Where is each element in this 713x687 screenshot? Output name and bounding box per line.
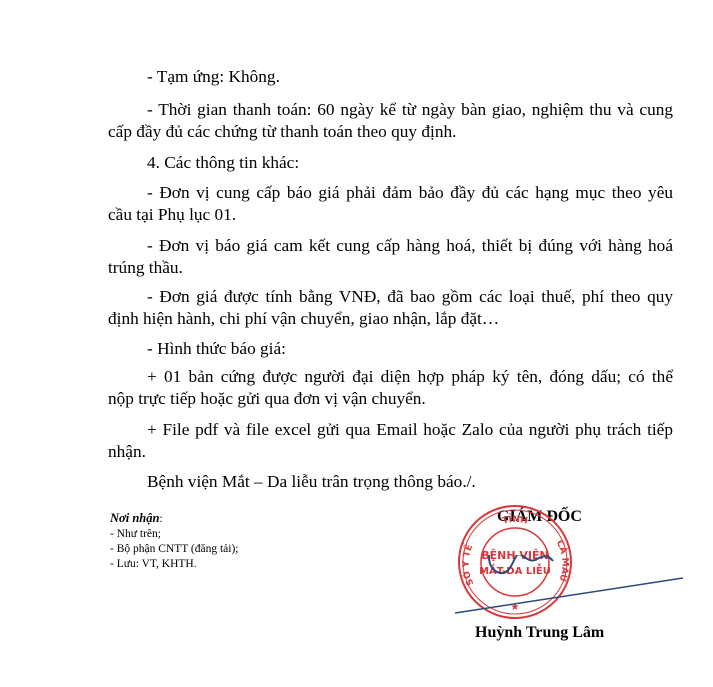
recipient-item: - Bộ phận CNTT (đăng tải); [110, 542, 239, 557]
para-soft-copy-line1: + File pdf và file excel gửi qua Email h… [147, 420, 673, 440]
para-payment-time-line1: - Thời gian thanh toán: 60 ngày kể từ ng… [147, 100, 673, 120]
para-supplier-items-line1: - Đơn vị cung cấp báo giá phải đảm bảo đ… [147, 183, 673, 203]
para-supplier-items-line2: cầu tại Phụ lục 01. [108, 205, 236, 225]
closing-statement: Bệnh viện Mắt – Da liễu trân trọng thông… [147, 472, 476, 492]
handwritten-signature [455, 555, 685, 615]
recipient-item: - Lưu: VT, KHTH. [110, 557, 239, 572]
section-4-heading: 4. Các thông tin khác: [147, 153, 299, 173]
para-hard-copy-line2: nộp trực tiếp hoặc gửi qua đơn vị vận ch… [108, 389, 426, 409]
document-page: - Tạm ứng: Không. - Thời gian thanh toán… [0, 0, 713, 687]
recipients-title: Nơi nhận [110, 511, 159, 525]
para-hard-copy-line1: + 01 bản cứng được người đại diện hợp ph… [147, 367, 673, 387]
para-unit-price-line1: - Đơn giá được tính bằng VNĐ, đã bao gồm… [147, 287, 673, 307]
para-advance: - Tạm ứng: Không. [147, 67, 280, 87]
svg-text:TỈNH: TỈNH [501, 513, 528, 527]
signer-name: Huỳnh Trung Lâm [475, 624, 604, 642]
recipients-colon: : [159, 513, 162, 525]
para-commitment-line1: - Đơn vị báo giá cam kết cung cấp hàng h… [147, 236, 673, 256]
para-unit-price-line2: định hiện hành, chi phí vận chuyển, giao… [108, 309, 499, 329]
para-quote-form: - Hình thức báo giá: [147, 339, 286, 359]
para-payment-time-line2: cấp đầy đủ các chứng từ thanh toán theo … [108, 122, 456, 142]
para-soft-copy-line2: nhận. [108, 442, 146, 462]
recipients-block: Nơi nhận: - Như trên; - Bộ phận CNTT (đă… [110, 511, 239, 572]
recipient-item: - Như trên; [110, 527, 239, 542]
para-commitment-line2: trúng thầu. [108, 258, 183, 278]
